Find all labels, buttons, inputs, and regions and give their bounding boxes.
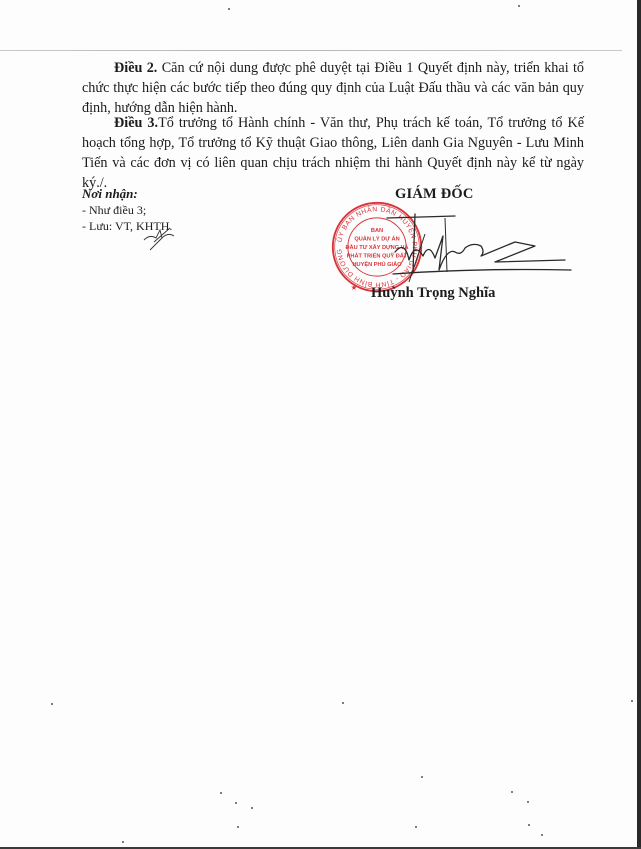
scan-speck	[235, 802, 237, 804]
article-2-label: Điều 2.	[114, 60, 157, 76]
article-3-text: Tổ trưởng tổ Hành chính - Văn thư, Phụ t…	[82, 115, 584, 191]
scan-speck	[51, 703, 53, 705]
svg-text:★: ★	[351, 283, 358, 292]
scan-border-right	[637, 0, 641, 849]
scan-speck	[415, 826, 417, 828]
article-2-paragraph: Điều 2. Căn cứ nội dung được phê duyệt t…	[82, 58, 584, 118]
signature-icon	[385, 212, 575, 287]
article-3-label: Điều 3.	[114, 115, 158, 131]
scan-speck	[511, 791, 513, 793]
scan-speck	[251, 807, 253, 809]
scan-speck	[518, 5, 520, 7]
svg-text:BAN: BAN	[371, 228, 383, 234]
signer-name: Huỳnh Trọng Nghĩa	[371, 285, 495, 302]
scan-speck	[122, 841, 124, 843]
recipient-item: - Như điều 3;	[82, 202, 172, 218]
header-divider	[0, 50, 622, 51]
scan-speck	[228, 8, 230, 10]
scan-speck	[237, 826, 239, 828]
scan-speck	[220, 792, 222, 794]
scan-speck	[421, 776, 423, 778]
scanned-document-page: Điều 2. Căn cứ nội dung được phê duyệt t…	[0, 0, 641, 849]
scan-speck	[541, 834, 543, 836]
initials-mark-icon	[140, 222, 180, 252]
scan-speck	[631, 700, 633, 702]
recipients-title: Nơi nhận:	[82, 186, 172, 202]
scan-speck	[528, 824, 530, 826]
scan-speck	[527, 801, 529, 803]
article-3-paragraph: Điều 3.Tổ trưởng tổ Hành chính - Văn thư…	[82, 113, 584, 193]
scan-speck	[342, 702, 344, 704]
article-2-text: Căn cứ nội dung được phê duyệt tại Điều …	[82, 60, 584, 116]
